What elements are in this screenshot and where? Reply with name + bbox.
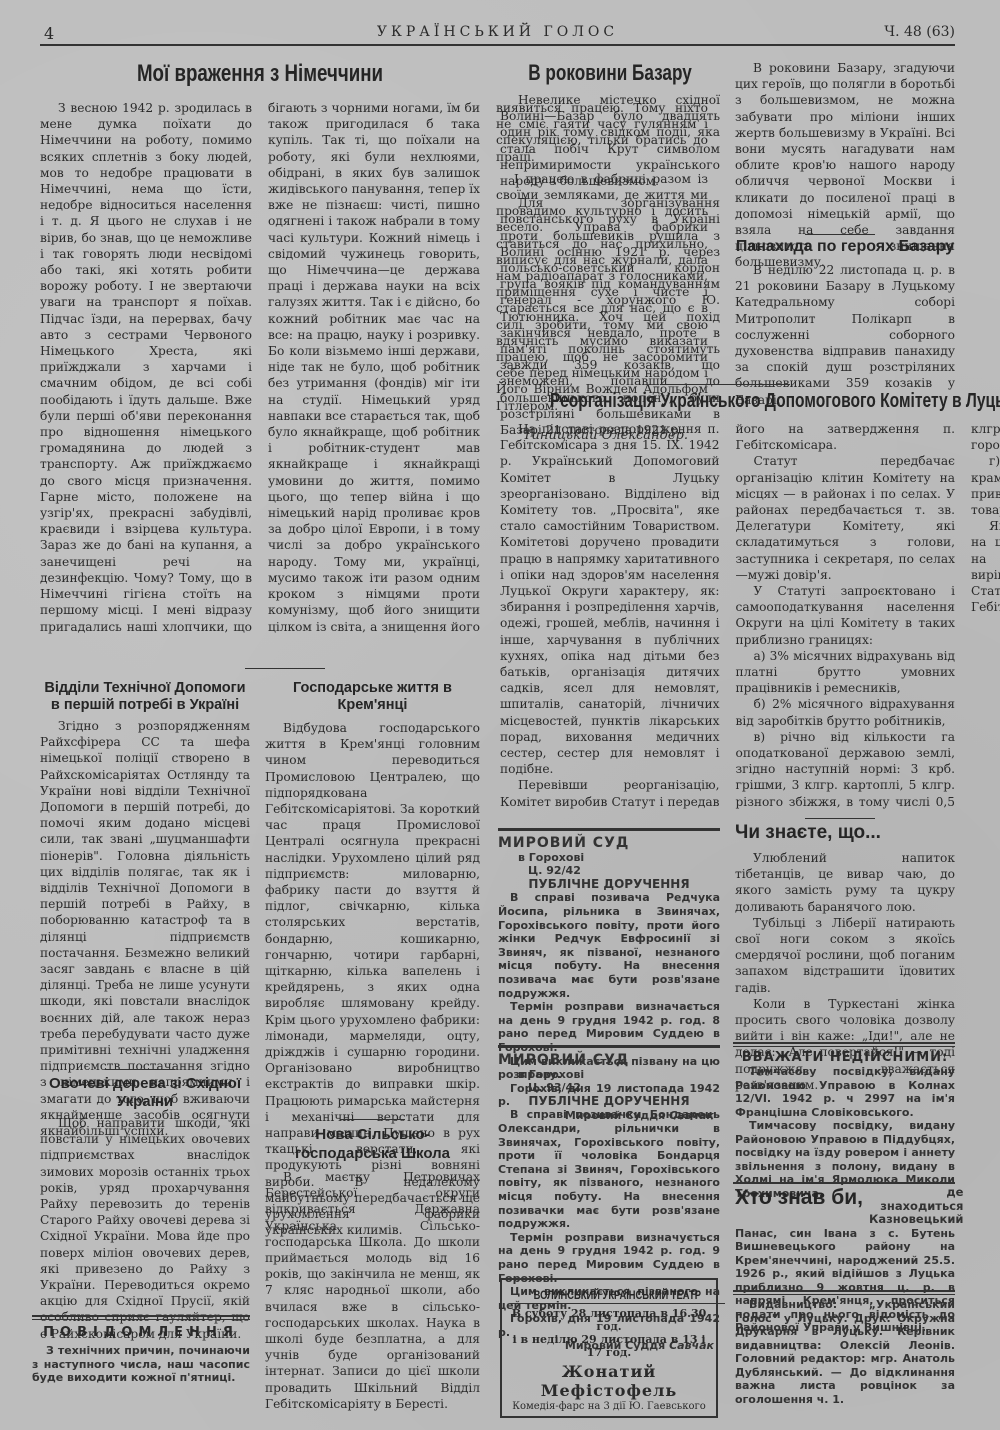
showtime-1: В суботу 28 листопада в 16.30 год.: [510, 1307, 708, 1333]
divider: [32, 1315, 250, 1320]
paragraph: а) 3% місячних відрахувань від платні бр…: [736, 648, 956, 697]
court-heading: МИРОВИЙ СУД: [498, 837, 720, 851]
court-location: в Горохові: [498, 851, 720, 865]
article-tech-help: Відділи Технічної Допомоги в першій потр…: [40, 680, 250, 1139]
headline: Мої враження з Німеччини: [40, 60, 480, 88]
article-fruit-trees: Овочеві дерева зі Східної України Щоб на…: [40, 1075, 250, 1342]
article-body: З весною 1942 р. зродилась в мене думка …: [40, 100, 480, 645]
court-location: в Горохові: [498, 1068, 720, 1082]
headline: ВВАЖАТИ НЕДІЙСНИМИ:: [735, 1050, 955, 1065]
paragraph: Невелике містечко східної Волині—Базар б…: [500, 92, 720, 189]
headline: Господарське життя в Крем'янці: [265, 680, 480, 714]
headline: Чи знаєте, що...: [735, 822, 955, 844]
article-panakhyda: Панахида по героях Базару В неділю 22 ли…: [735, 238, 955, 408]
article-body: Щоб направити шкоди, які повстали у німе…: [40, 1115, 250, 1342]
article-impressions: Мої враження з Німеччини З весною 1942 р…: [40, 60, 480, 645]
headline: Відділи Технічної Допомоги в першій потр…: [40, 680, 250, 714]
article-body: Невелике містечко східної Волині—Базар б…: [500, 92, 720, 438]
imprint-text: Видавництво: „Український Голос" у Луцьк…: [735, 1298, 955, 1406]
divider: [340, 1119, 405, 1120]
article-reorganization: Реорганізація Українського Допомогового …: [500, 390, 955, 841]
showtime-2: і в неділю 29 листопада в 13 і 17 год.: [510, 1333, 708, 1359]
theatre-name: ВОЛИНСЬКИЙ УКРАЇНСЬКИЙ ТЕАТР: [510, 1288, 725, 1304]
notice-text: З технічних причин, починаючи з наступно…: [32, 1344, 250, 1385]
case-number: Ц. 93/42: [498, 1081, 720, 1095]
paragraph: б) 2% місячного відрахування від заробіт…: [736, 696, 956, 728]
article-bazar: В роковини Базару Невелике містечко схід…: [500, 60, 720, 438]
notice: ПОВІДОМЛЕННЯ З технічних причин, починаю…: [32, 1325, 250, 1385]
paragraph: Статут передбачає організацію клітин Ком…: [736, 453, 956, 583]
divider: [733, 1290, 955, 1295]
paragraph: На підставі розпорядження п. Гебітскоміс…: [500, 421, 720, 777]
paragraph: Улюблений напиток тібетанців, це вивар ч…: [735, 850, 955, 915]
article-body: В неділю 22 листопада ц. р. в 21 роковин…: [735, 262, 955, 408]
invalid-documents: ВВАЖАТИ НЕДІЙСНИМИ: Тимчасову посвідку, …: [735, 1050, 955, 1200]
paragraph: Щоб направити шкоди, які повстали у німе…: [40, 1115, 250, 1342]
divider: [805, 234, 875, 235]
publication-title: УКРАЇНСЬКИЙ ГОЛОС: [40, 24, 955, 40]
court-subheading: ПУБЛІЧНЕ ДОРУЧЕННЯ: [498, 878, 720, 892]
article-body: На підставі розпорядження п. Гебітскоміс…: [500, 421, 955, 841]
divider: [733, 1182, 955, 1184]
headline: Панахида по героях Базару: [735, 238, 955, 256]
paragraph: В маєтку Петровичах Берестейської округи…: [265, 1169, 480, 1412]
divider: [660, 384, 790, 385]
missing-person-lead: де знаходиться Казновецький: [869, 1186, 963, 1227]
headline: Нова Сільсько-господарська Школа: [265, 1125, 480, 1163]
paragraph: В неділю 22 листопада ц. р. в 21 роковин…: [735, 262, 955, 408]
article-school: Нова Сільсько-господарська Школа В маєтк…: [265, 1125, 480, 1412]
paragraph: В справі позивачки Бондарець Олександри,…: [498, 1108, 720, 1230]
court-subheading: ПУБЛІЧНЕ ДОРУЧЕННЯ: [498, 1095, 720, 1109]
divider: [805, 818, 875, 819]
author-signature: Б.: [971, 615, 1000, 631]
paragraph: Яка частина з зібраного піде на централю…: [971, 518, 1000, 615]
imprint: Видавництво: „Український Голос" у Луцьк…: [735, 1298, 955, 1406]
court-heading: МИРОВИЙ СУД: [498, 1054, 720, 1068]
article-body: В маєтку Петровичах Берестейської округи…: [265, 1169, 480, 1412]
paragraph: У Статуті запроєктовано і самооподаткува…: [736, 583, 956, 648]
issue-number: Ч. 48 (63): [884, 24, 955, 40]
masthead: 4 УКРАЇНСЬКИЙ ГОЛОС Ч. 48 (63): [40, 22, 955, 46]
paragraph: Термін розправи визначується на день 9 г…: [498, 1231, 720, 1285]
paragraph: Тубільці з Ліберії натирають свої ноги с…: [735, 915, 955, 996]
paragraph: Тимчасову посвідку, видану Районовою Упр…: [735, 1065, 955, 1119]
headline: Хто знав би,: [735, 1186, 863, 1210]
paragraph: г) 0,5% від обороту приватних крамниць і…: [971, 453, 1000, 518]
divider: [105, 1069, 175, 1070]
play-subtitle: Комедія-фарс на 3 дії Ю. Гаевського: [510, 1401, 708, 1412]
play-title: Жонатий Мефістофель: [510, 1362, 708, 1400]
case-number: Ц. 92/42: [498, 864, 720, 878]
divider: [245, 668, 325, 669]
notice-title: ПОВІДОМЛЕННЯ: [32, 1325, 250, 1340]
headline: Реорганізація Українського Допомогового …: [500, 390, 955, 413]
headline: В роковини Базару: [500, 60, 720, 86]
paragraph: В справі позивача Редчука Йосипа, рільни…: [498, 891, 720, 1000]
headline: Овочеві дерева зі Східної України: [40, 1075, 250, 1111]
theatre-ad: ВОЛИНСЬКИЙ УКРАЇНСЬКИЙ ТЕАТР В суботу 28…: [500, 1278, 718, 1418]
divider: [733, 1042, 955, 1047]
